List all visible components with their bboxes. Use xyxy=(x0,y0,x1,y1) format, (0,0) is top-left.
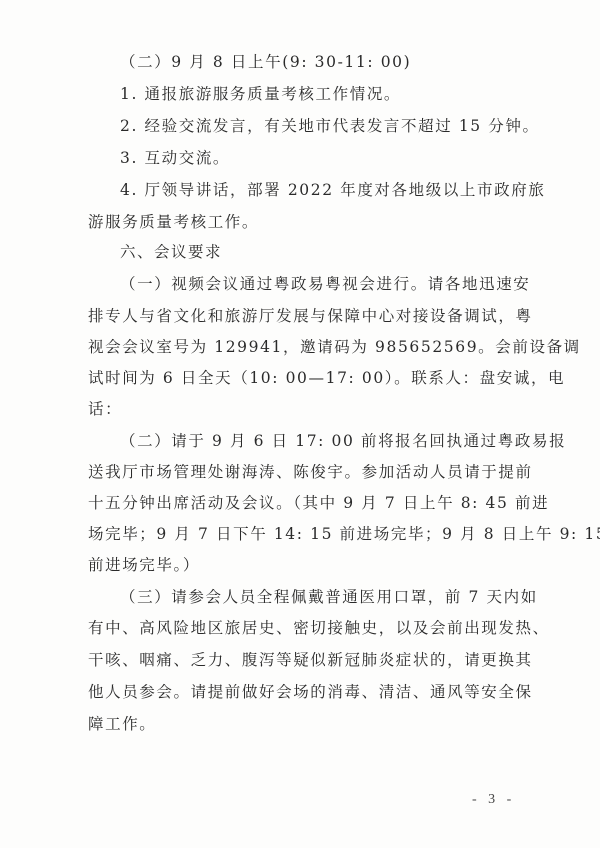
page-number: - 3 - xyxy=(472,792,515,808)
agenda-item-3: 3. 互动交流。 xyxy=(120,142,520,174)
paragraph-3-line: 有中、高风险地区旅居史、密切接触史，以及会前出现发热、 xyxy=(88,612,518,644)
paragraph-3-line: 他人员参会。请提前做好会场的消毒、清洁、通风等安全保 xyxy=(88,676,518,708)
agenda-item-1: 1. 通报旅游服务质量考核工作情况。 xyxy=(120,78,520,110)
agenda-item-4: 4. 厅领导讲话，部署 2022 年度对各地级以上市政府旅 xyxy=(120,174,520,206)
agenda-item-4-cont: 游服务质量考核工作。 xyxy=(88,206,518,238)
paragraph-1-line: （一）视频会议通过粤政易粤视会进行。请各地迅速安 xyxy=(120,268,520,300)
paragraph-1-line: 排专人与省文化和旅游厅发展与保障中心对接设备调试，粤 xyxy=(88,300,518,332)
paragraph-1-line: 试时间为 6 日全天（10: 00—17: 00）。联系人：盘安诚，电 xyxy=(88,362,518,394)
paragraph-2-line: 送我厅市场管理处谢海涛、陈俊宇。参加活动人员请于提前 xyxy=(88,456,518,488)
paragraph-3-line: （三）请参会人员全程佩戴普通医用口罩，前 7 天内如 xyxy=(120,581,520,613)
paragraph-1-line: 话： xyxy=(88,393,518,425)
paragraph-3-line: 干咳、咽痛、乏力、腹泻等疑似新冠肺炎症状的，请更换其 xyxy=(88,644,518,676)
paragraph-2-line: 十五分钟出席活动及会议。（其中 9 月 7 日上午 8: 45 前进 xyxy=(88,487,518,519)
paragraph-1-line: 视会会议室号为 129941，邀请码为 985652569。会前设备调 xyxy=(88,331,518,363)
paragraph-2-line: （二）请于 9 月 6 日 17: 00 前将报名回执通过粤政易报 xyxy=(120,425,520,457)
agenda-item-2: 2. 经验交流发言，有关地市代表发言不超过 15 分钟。 xyxy=(120,110,520,142)
paragraph-2-line: 前进场完毕。） xyxy=(88,549,518,581)
schedule-subheading: （二）9 月 8 日上午(9: 30-11: 00) xyxy=(120,46,520,78)
section-heading-meeting-requirements: 六、会议要求 xyxy=(120,236,520,268)
document-page: （二）9 月 8 日上午(9: 30-11: 00) 1. 通报旅游服务质量考核… xyxy=(0,0,600,848)
paragraph-2-line: 场完毕；9 月 7 日下午 14: 15 前进场完毕；9 月 8 日上午 9: … xyxy=(88,518,518,550)
paragraph-3-line: 障工作。 xyxy=(88,708,518,740)
